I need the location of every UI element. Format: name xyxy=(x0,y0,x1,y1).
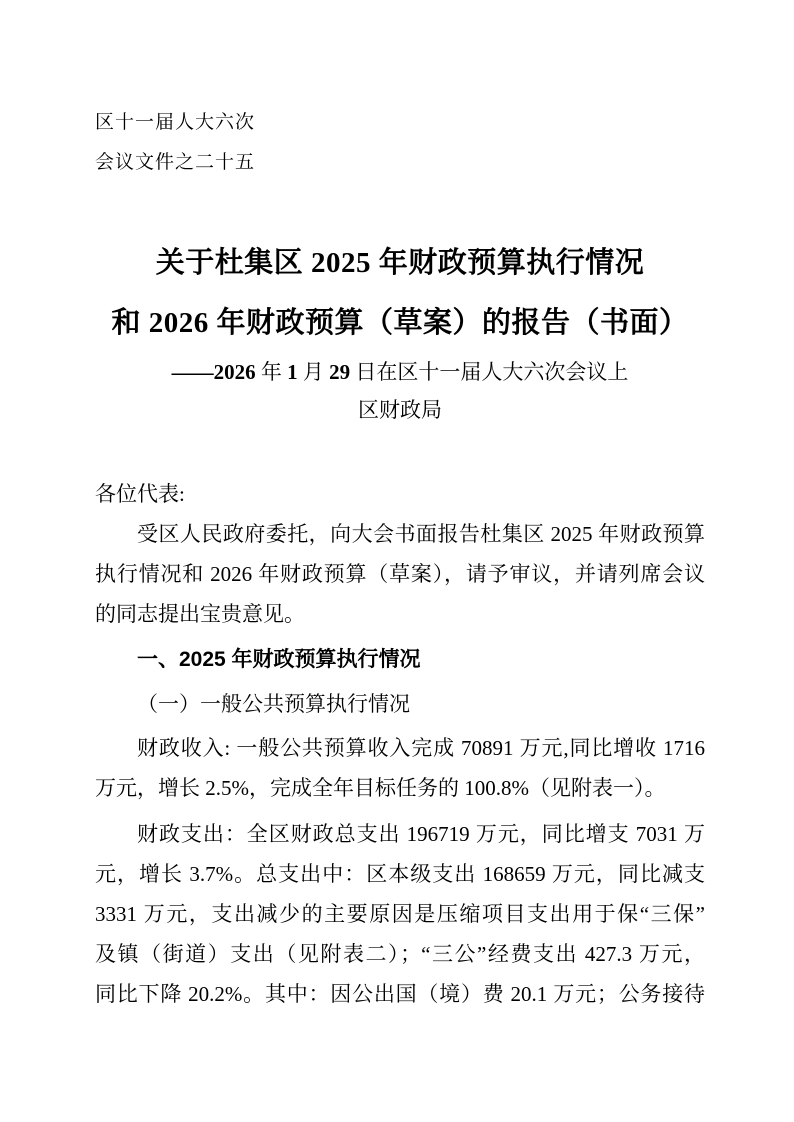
paragraph-intro: 受区人民政府委托，向大会书面报告杜集区 2025 年财政预算 执行情况和 202… xyxy=(95,514,705,634)
section-heading-budget-execution: 一、2025 年财政预算执行情况 xyxy=(95,640,705,680)
text-line: 财政支出：全区财政总支出 196719 万元，同比增支 7031 万 xyxy=(95,814,705,854)
text-line: 同比下降 20.2%。其中：因公出国（境）费 20.1 万元；公务接待 xyxy=(95,974,705,1014)
text-line: 受区人民政府委托，向大会书面报告杜集区 2025 年财政预算 xyxy=(95,514,705,554)
subtitle-dash-year: ——2026 xyxy=(172,360,256,384)
paragraph-fiscal-revenue: 财政收入: 一般公共预算收入完成 70891 万元,同比增收 1716 万元，增… xyxy=(95,728,705,808)
text-line: 3331 万元，支出减少的主要原因是压缩项目支出用于保“三保” xyxy=(95,894,705,934)
document-caption: 区十一届人大六次 会议文件之二十五 xyxy=(95,103,705,183)
text-line: 执行情况和 2026 年财政预算（草案），请予审议，并请列席会议 xyxy=(95,554,705,594)
document-page: 区十一届人大六次 会议文件之二十五 关于杜集区 2025 年财政预算执行情况 和… xyxy=(0,0,794,1122)
text-line: 元，增长 3.7%。总支出中：区本级支出 168659 万元，同比减支 xyxy=(95,854,705,894)
title-line-2: 和 2026 年财政预算（草案）的报告（书面） xyxy=(95,293,705,353)
text-line: 的同志提出宝贵意见。 xyxy=(95,594,705,634)
subtitle-month-number: 1 xyxy=(287,360,298,384)
caption-line-2: 会议文件之二十五 xyxy=(95,143,705,183)
title-line-1: 关于杜集区 2025 年财政预算执行情况 xyxy=(95,233,705,293)
salutation: 各位代表: xyxy=(95,474,705,514)
text-line: 及镇（街道）支出（见附表二）；“三公”经费支出 427.3 万元， xyxy=(95,934,705,974)
subtitle-venue: 日在区十一届人大六次会议上 xyxy=(350,360,628,384)
document-title: 关于杜集区 2025 年财政预算执行情况 和 2026 年财政预算（草案）的报告… xyxy=(95,233,705,353)
document-subtitle: ——2026 年 1 月 29 日在区十一届人大六次会议上 xyxy=(95,353,705,391)
subsection-heading-general-public-budget: （一）一般公共预算执行情况 xyxy=(95,684,705,724)
text-line: 财政收入: 一般公共预算收入完成 70891 万元,同比增收 1716 xyxy=(95,728,705,768)
document-body: 各位代表: 受区人民政府委托，向大会书面报告杜集区 2025 年财政预算 执行情… xyxy=(95,474,705,1014)
document-author: 区财政局 xyxy=(95,391,705,429)
subtitle-month-label: 月 xyxy=(298,360,330,384)
subtitle-day-number: 29 xyxy=(329,360,350,384)
caption-line-1: 区十一届人大六次 xyxy=(95,103,705,143)
text-line: 万元，增长 2.5%，完成全年目标任务的 100.8%（见附表一）。 xyxy=(95,768,705,808)
paragraph-fiscal-expenditure: 财政支出：全区财政总支出 196719 万元，同比增支 7031 万 元，增长 … xyxy=(95,814,705,1014)
subtitle-year-label: 年 xyxy=(256,360,288,384)
